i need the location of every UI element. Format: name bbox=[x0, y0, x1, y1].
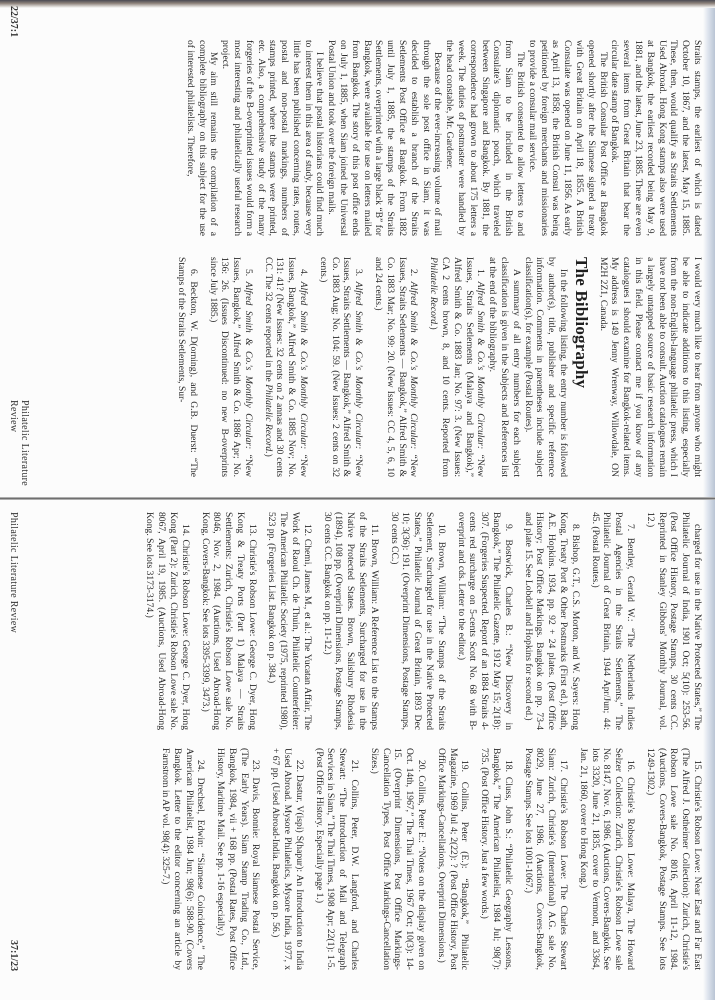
bibliography-entry: 12. Chemi, James M., et al.: The Yucatan… bbox=[266, 512, 313, 730]
page-folio: 37:1/23 bbox=[8, 940, 19, 971]
bibliography-entry: 4. Alfred Smith & Co.'s Monthly Circular… bbox=[262, 257, 309, 477]
paragraph: The British Consular Post Office at Bang… bbox=[526, 40, 609, 236]
bibliography-entry: charged for use in the Native Protected … bbox=[644, 512, 703, 730]
left-page-column-1: Straits stamps, the earliest of which is… bbox=[30, 40, 703, 236]
bibliography-entry: 22. Dastur, V(ispi) S(hapur): An Introdu… bbox=[270, 748, 305, 970]
paragraph: Because of the ever-increasing volume of… bbox=[326, 40, 444, 236]
bibliography-entry: 14. Christie's Robson Lowe: George C. Dy… bbox=[144, 512, 191, 730]
bibliography-entry: 7. Bentley, Gerald W.: “The Netherlands … bbox=[589, 512, 636, 730]
left-page: Straits stamps, the earliest of which is… bbox=[0, 0, 715, 497]
right-page-column-1: charged for use in the Native Protected … bbox=[30, 512, 703, 730]
bibliography-entry: 11. Brown, William: A Reference List to … bbox=[321, 512, 380, 730]
running-footer: Philatelic Literature Review bbox=[8, 400, 30, 497]
bibliography-entry: 16. Christie's Robson Lowe: Malaya, The … bbox=[577, 748, 636, 970]
bibliography-entry: 20. Collins, Peter E.: “Notes on the dis… bbox=[368, 748, 427, 970]
section-heading: The Bibliography bbox=[575, 257, 587, 477]
right-page: charged for use in the Native Protected … bbox=[0, 500, 715, 1000]
scanned-spread: Straits stamps, the earliest of which is… bbox=[0, 0, 715, 1000]
bibliography-entry: 18. Cluss, John S.: “Philatelic Geograph… bbox=[478, 748, 513, 970]
bibliography-entry: 8. Bishop, G.T., C.S. Morton, and W. Say… bbox=[522, 512, 581, 730]
bibliography-entry: 24. Drechsel, Edwin: “Siamese Coincidenc… bbox=[159, 748, 206, 970]
paragraph: In the following listing, the entry numb… bbox=[522, 257, 569, 477]
bibliography-entry: 15. Christie's Robson Lowe: Near East an… bbox=[644, 748, 703, 970]
bibliography-entry: 6. Beckton, W. D(orning), and G.B. Duers… bbox=[175, 257, 199, 477]
page-folio: 22/37:1 bbox=[8, 6, 19, 37]
paragraph: My aim still remains the compilation of … bbox=[184, 40, 219, 236]
bibliography-entry: 21. Collins, Peter, D.W. Langford, and C… bbox=[313, 748, 360, 970]
paragraph: I would very much like to hear from anyo… bbox=[597, 257, 703, 477]
bibliography-entry: 19. Collins, Peter (E.): “Bangkok,” Phil… bbox=[435, 748, 470, 970]
bibliography-entry: 23. Davis, Bonnie: Royal Siamese Postal … bbox=[214, 748, 261, 970]
bibliography-entry: 5. Alfred Smith & Co.'s Monthly Circular… bbox=[207, 257, 254, 477]
bibliography-entry: 3. Alfred Smith & Co.'s Monthly Circular… bbox=[317, 257, 364, 477]
bibliography-entry: 13. Christie's Robson Lowe: George C. Dy… bbox=[199, 512, 258, 730]
bibliography-entry: 17. Christie's Robson Lowe: The Charles … bbox=[522, 748, 569, 970]
paragraph: A summary of all entry numbers for each … bbox=[486, 257, 521, 477]
bibliography-entry: 2. Alfred Smith & Co.'s Monthly Circular… bbox=[372, 257, 419, 477]
bibliography-entries: 1. Alfred Smith & Co.'s Monthly Circular… bbox=[175, 257, 486, 477]
paragraph: Straits stamps, the earliest of which is… bbox=[609, 40, 703, 236]
left-page-column-2: I would very much like to hear from anyo… bbox=[30, 257, 703, 477]
paragraph: The British consented to allow letters t… bbox=[443, 40, 526, 236]
bibliography-entry: 1. Alfred Smith & Co.'s Monthly Circular… bbox=[427, 257, 486, 477]
bibliography-entry: 9. Bostwick, Charles B.: “New Discovery … bbox=[455, 512, 514, 730]
paragraph: I believe that postal historians could f… bbox=[219, 40, 325, 236]
running-footer: Philatelic Literature Review bbox=[8, 512, 19, 633]
right-page-column-2: 15. Christie's Robson Lowe: Near East an… bbox=[30, 748, 703, 970]
bibliography-entry: 10. Brown, William: “The Stamps of the S… bbox=[388, 512, 447, 730]
